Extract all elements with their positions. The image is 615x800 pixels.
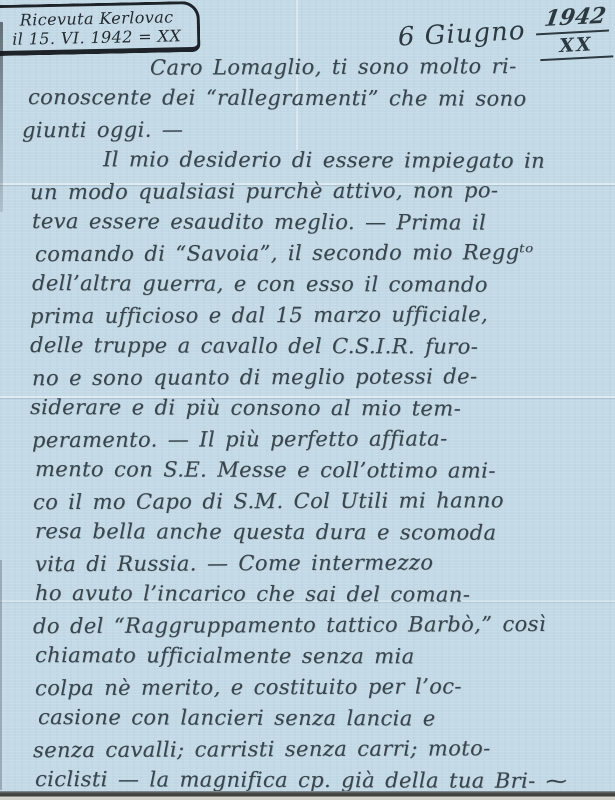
letter-line: Il mio desiderio di essere impiegato in: [0, 144, 615, 177]
letter-line: peramento. — Il più perfetto affiata-: [0, 423, 615, 457]
letter-line: casione con lancieri senza lancia e: [0, 702, 615, 735]
paper-speck: [516, 792, 522, 796]
receipt-annotation-box: Ricevuta Kerlovac il 15. VI. 1942 = XX: [0, 1, 200, 56]
letter-line: conoscente dei “rallegramenti” che mi so…: [0, 82, 615, 115]
receipt-annotation-line2: il 15. VI. 1942 = XX: [12, 26, 181, 49]
letter-line: colpa nè merito, e costituito per l’oc-: [0, 671, 615, 705]
letter-line: ho avuto l’incarico che sai del coman-: [0, 578, 615, 611]
letter-date-year: 1942: [536, 2, 614, 35]
letter-line: siderare e di più consono al mio tem-: [0, 392, 615, 425]
letter-line: un modo qualsiasi purchè attivo, non po-: [0, 175, 615, 209]
letter-line: resa bella anche questa dura e scomoda: [0, 516, 615, 549]
letter-line: chiamato ufficialmente senza mia: [0, 640, 615, 673]
letter-line: do del “Raggruppamento tattico Barbò,” c…: [0, 609, 615, 643]
letter-body: Caro Lomaglio, ti sono molto ri- conosce…: [0, 52, 615, 796]
letter-line: mento con S.E. Messe e coll’ottimo ami-: [0, 454, 615, 487]
letter-line: ciclisti — la magnifica cp. già della tu…: [0, 764, 615, 797]
letter-line: comando di “Savoia”, il secondo mio Regg…: [0, 237, 615, 271]
letter-date-day-month: 6 Giugno: [397, 16, 526, 53]
letter-line: delle truppe a cavallo del C.S.I.R. furo…: [0, 330, 615, 363]
letter-line: teva essere esaudito meglio. — Prima il: [0, 206, 615, 239]
letter-line: giunti oggi. —: [0, 113, 615, 147]
letter-line: no e sono quanto di meglio potessi de-: [0, 361, 615, 395]
letter-line: senza cavalli; carristi senza carri; mot…: [0, 733, 615, 767]
letter-line: prima ufficioso e dal 15 marzo ufficiale…: [0, 299, 615, 333]
letter-line: co il mo Capo di S.M. Col Utili mi hanno: [0, 485, 615, 519]
letter-page: Ricevuta Kerlovac il 15. VI. 1942 = XX 6…: [0, 0, 615, 800]
letter-line: Caro Lomaglio, ti sono molto ri-: [0, 51, 615, 85]
letter-line: vita di Russia. — Come intermezzo: [0, 547, 615, 581]
letter-line: dell’altra guerra, e con esso il comando: [0, 268, 615, 301]
